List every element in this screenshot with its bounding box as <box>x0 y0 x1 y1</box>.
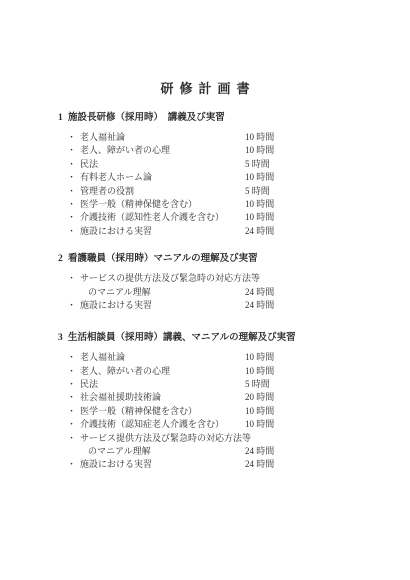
item-hours: 5 時間 <box>245 378 270 391</box>
section-1-items: ・ 老人福祉論 10 時間 ・ 老人、障がい者の心理 10 時間 ・ 民法 5 … <box>0 131 410 238</box>
training-item-row: ・ 医学一般（精神保健を含む） 10 時間 <box>0 198 410 211</box>
bullet-icon: ・ <box>67 458 76 471</box>
item-label: 施設における実習 <box>80 459 152 469</box>
section-1: 1 施設長研修（採用時） 講義及び実習 ・ 老人福祉論 10 時間 ・ 老人、障… <box>0 112 410 238</box>
bullet-icon: ・ <box>67 211 76 224</box>
item-hours: 5 時間 <box>245 158 270 171</box>
item-hours: 24 時間 <box>245 286 274 299</box>
section-3-items: ・ 老人福祉論 10 時間 ・ 老人、障がい者の心理 10 時間 ・ 民法 5 … <box>0 351 410 472</box>
item-label: 民法 <box>80 379 98 389</box>
bullet-icon: ・ <box>67 391 76 404</box>
item-label: 社会福祉援助技術論 <box>80 392 161 402</box>
section-number: 1 <box>58 112 68 125</box>
training-item-row: ・ サービスの提供方法及び緊急時の対応方法等 <box>0 272 410 285</box>
training-item-row: ・ 民法 5 時間 <box>0 158 410 171</box>
item-hours: 10 時間 <box>245 351 274 364</box>
training-item-row: ・ サービス提供方法及び緊急時の対応方法等 <box>0 432 410 445</box>
document-title: 研修計画書 <box>0 78 410 97</box>
item-hours: 24 時間 <box>245 299 274 312</box>
item-label: 介護技術（認知性老人介護を含む） <box>80 212 224 222</box>
bullet-icon: ・ <box>67 405 76 418</box>
training-item-row: ・ 老人、障がい者の心理 10 時間 <box>0 365 410 378</box>
item-label: 医学一般（精神保健を含む） <box>80 199 197 209</box>
section-3-heading: 3 生活相談員（採用時）講義、マニアルの理解及び実習 <box>0 332 410 345</box>
item-label: 施設における実習 <box>80 300 152 310</box>
section-2-items: ・ サービスの提供方法及び緊急時の対応方法等 のマニアル理解 24 時間 ・ 施… <box>0 272 410 312</box>
item-hours: 5 時間 <box>245 185 270 198</box>
item-label: サービス提供方法及び緊急時の対応方法等 <box>80 433 251 443</box>
item-label: 有料老人ホーム論 <box>80 172 152 182</box>
item-label: 医学一般（精神保健を含む） <box>80 406 197 416</box>
item-hours: 24 時間 <box>245 458 274 471</box>
item-hours: 10 時間 <box>245 198 274 211</box>
training-item-row: ・ 管理者の役割 5 時間 <box>0 185 410 198</box>
item-label: 老人福祉論 <box>80 352 125 362</box>
item-label: 老人、障がい者の心理 <box>80 366 170 376</box>
section-heading-text: 施設長研修（採用時） 講義及び実習 <box>68 112 225 125</box>
item-label: 民法 <box>80 159 98 169</box>
training-item-row: ・ 介護技術（認知性老人介護を含む） 10 時間 <box>0 211 410 224</box>
bullet-icon: ・ <box>67 418 76 431</box>
item-hours: 24 時間 <box>245 445 274 458</box>
item-hours: 10 時間 <box>245 144 274 157</box>
section-heading-text: 看護職員（採用時）マニアルの理解及び実習 <box>68 253 258 266</box>
bullet-icon: ・ <box>67 198 76 211</box>
training-item-row: ・ 有料老人ホーム論 10 時間 <box>0 171 410 184</box>
document-page: 研修計画書 1 施設長研修（採用時） 講義及び実習 ・ 老人福祉論 10 時間 … <box>0 0 410 580</box>
item-label: 施設における実習 <box>80 226 152 236</box>
item-hours: 10 時間 <box>245 418 274 431</box>
training-item-continuation: のマニアル理解 24 時間 <box>0 286 410 299</box>
item-label: サービスの提供方法及び緊急時の対応方法等 <box>80 273 260 283</box>
bullet-icon: ・ <box>67 144 76 157</box>
training-item-row: ・ 施設における実習 24 時間 <box>0 299 410 312</box>
item-hours: 10 時間 <box>245 131 274 144</box>
training-item-row: ・ 老人福祉論 10 時間 <box>0 131 410 144</box>
training-item-row: ・ 施設における実習 24 時間 <box>0 225 410 238</box>
bullet-icon: ・ <box>67 185 76 198</box>
item-hours: 10 時間 <box>245 211 274 224</box>
item-hours: 24 時間 <box>245 225 274 238</box>
item-label: 老人、障がい者の心理 <box>80 145 170 155</box>
bullet-icon: ・ <box>67 225 76 238</box>
training-item-row: ・ 社会福祉援助技術論 20 時間 <box>0 391 410 404</box>
bullet-icon: ・ <box>67 272 76 285</box>
section-2-heading: 2 看護職員（採用時）マニアルの理解及び実習 <box>0 253 410 266</box>
item-label-continuation: のマニアル理解 <box>88 446 151 456</box>
section-3: 3 生活相談員（採用時）講義、マニアルの理解及び実習 ・ 老人福祉論 10 時間… <box>0 332 410 472</box>
section-2: 2 看護職員（採用時）マニアルの理解及び実習 ・ サービスの提供方法及び緊急時の… <box>0 253 410 312</box>
training-item-continuation: のマニアル理解 24 時間 <box>0 445 410 458</box>
section-number: 2 <box>58 253 68 266</box>
bullet-icon: ・ <box>67 131 76 144</box>
bullet-icon: ・ <box>67 158 76 171</box>
section-1-heading: 1 施設長研修（採用時） 講義及び実習 <box>0 112 410 125</box>
training-item-row: ・ 施設における実習 24 時間 <box>0 458 410 471</box>
item-label: 老人福祉論 <box>80 132 125 142</box>
training-item-row: ・ 医学一般（精神保健を含む） 10 時間 <box>0 405 410 418</box>
training-item-row: ・ 民法 5 時間 <box>0 378 410 391</box>
training-item-row: ・ 老人福祉論 10 時間 <box>0 351 410 364</box>
training-item-row: ・ 介護技術（認知症老人介護を含む） 10 時間 <box>0 418 410 431</box>
item-label: 管理者の役割 <box>80 186 134 196</box>
item-label-continuation: のマニアル理解 <box>88 287 151 297</box>
item-hours: 10 時間 <box>245 171 274 184</box>
item-hours: 10 時間 <box>245 405 274 418</box>
bullet-icon: ・ <box>67 299 76 312</box>
bullet-icon: ・ <box>67 365 76 378</box>
item-hours: 20 時間 <box>245 391 274 404</box>
section-heading-text: 生活相談員（採用時）講義、マニアルの理解及び実習 <box>68 332 296 345</box>
bullet-icon: ・ <box>67 351 76 364</box>
bullet-icon: ・ <box>67 378 76 391</box>
section-number: 3 <box>58 332 68 345</box>
item-hours: 10 時間 <box>245 365 274 378</box>
item-label: 介護技術（認知症老人介護を含む） <box>80 419 224 429</box>
bullet-icon: ・ <box>67 432 76 445</box>
bullet-icon: ・ <box>67 171 76 184</box>
training-item-row: ・ 老人、障がい者の心理 10 時間 <box>0 144 410 157</box>
